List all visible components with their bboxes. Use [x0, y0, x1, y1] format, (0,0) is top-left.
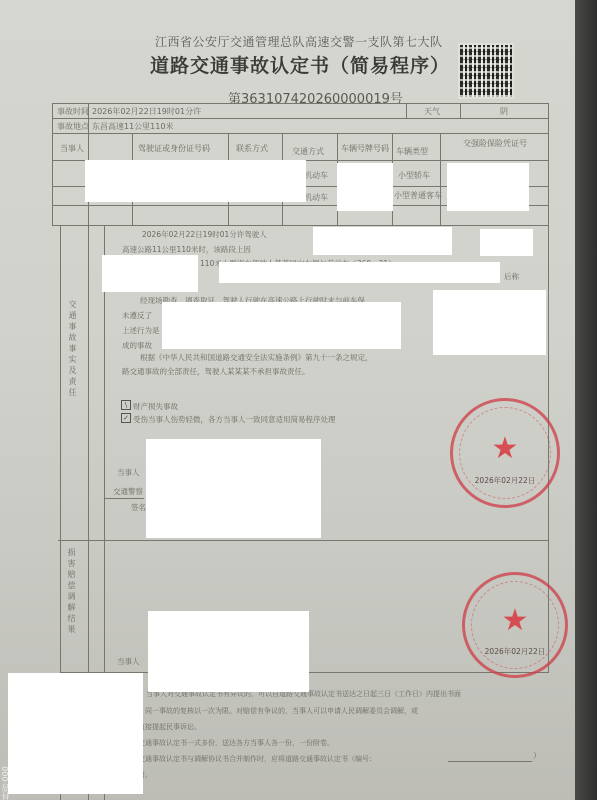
table-rule	[58, 540, 548, 541]
signature-label: 签名	[131, 502, 146, 513]
footer-line-3: 直接提起民事诉讼。	[138, 722, 201, 732]
facts-para3-line2: 路交通事故的全部责任，驾驶人某某某不承担事故责任。	[122, 366, 310, 377]
transport-value-1: 机动车	[304, 170, 328, 181]
redaction	[102, 255, 198, 292]
vehicle-type-2: 小型普通客车	[394, 190, 442, 201]
accident-location-label: 事故地点	[57, 121, 89, 132]
redaction	[8, 673, 143, 794]
table-rule	[52, 133, 548, 134]
facts-para2-line2: 未遵反了	[122, 310, 152, 321]
issuing-organization: 江西省公安厅交通管理总队高速交警一支队第七大队	[155, 33, 443, 50]
facts-para1-end: 后称	[504, 271, 519, 282]
footer-line-4: 交通事故认定书一式多份，送达各方当事人各一份，一份附卷。	[138, 738, 334, 748]
table-rule	[52, 103, 548, 104]
redaction	[337, 163, 393, 211]
header-insurance: 交强险保险凭证号	[452, 138, 538, 149]
facts-para1-start: 2026年02月22日19时01分许驾驶人	[142, 229, 267, 240]
qr-code-icon	[458, 43, 514, 99]
weather-label: 天气	[424, 106, 440, 117]
redaction	[313, 227, 452, 255]
star-icon: ★	[492, 434, 519, 464]
mediation-side-label: 损害赔偿调解结果	[66, 548, 77, 636]
footer-line-5: 交通事故认定书与调解协议书合并制作时，应将道路交通事故认定书（编号：	[138, 754, 376, 764]
redaction	[219, 262, 500, 283]
redaction	[85, 160, 306, 202]
footer-line-5-end: ）	[533, 750, 541, 761]
table-rule	[440, 133, 441, 225]
table-rule	[406, 103, 407, 118]
document-title: 道路交通事故认定书（简易程序）	[150, 51, 450, 78]
accident-report-paper: 江西省公安厅交通管理总队高速交警一支队第七大队 道路交通事故认定书（简易程序） …	[0, 0, 575, 800]
redaction	[447, 163, 529, 211]
simple-procedure-label: 受伤当事人伤势轻微，各方当事人一致同意适用简易程序处理	[133, 414, 336, 425]
document-number: 第363107420260000019号	[228, 88, 403, 107]
facts-para3-line1: 根据《中华人民共和国道路交通安全法实施条例》第九十一条之规定，	[140, 352, 373, 363]
vehicle-type-1: 小型轿车	[398, 170, 430, 181]
redaction	[148, 611, 309, 692]
facts-side-label: 交通事故事实及责任	[67, 300, 78, 399]
table-rule	[52, 103, 53, 225]
background-edge	[575, 0, 597, 800]
signature-rule	[104, 498, 144, 499]
header-transport: 交通方式	[292, 146, 324, 157]
mediation-party-label: 当事人	[117, 656, 140, 667]
header-license: 驾驶证或身份证号码	[138, 143, 210, 154]
officer-signature-label: 交通警察	[113, 486, 143, 497]
accident-time-label: 事故时间	[57, 106, 89, 117]
official-seal-top: ★ 2026年02月22日	[450, 398, 560, 508]
header-vehicle-type: 车辆类型	[396, 146, 428, 157]
transport-value-2: 机动车	[304, 192, 328, 203]
star-icon: ★	[502, 606, 529, 636]
official-seal-bottom: ★ 2026年02月22日	[462, 572, 568, 678]
property-loss-label: 财产损失事故	[133, 401, 178, 412]
table-rule	[460, 103, 461, 118]
accident-time-value: 2026年02月22日19时01分许	[92, 106, 201, 117]
facts-para2-line4: 成的事故	[122, 340, 152, 351]
header-party: 当事人	[60, 143, 84, 154]
simple-procedure-checkbox[interactable]: ✓	[121, 413, 131, 423]
seal-date-bottom: 2026年02月22日	[465, 646, 565, 657]
accident-location-value: 东昌高速11公里110米	[92, 121, 173, 132]
table-rule	[52, 225, 548, 226]
redaction	[162, 302, 401, 349]
header-plate: 车辆号牌号码	[341, 143, 389, 154]
party-signature-label: 当事人	[117, 467, 140, 478]
header-contact: 联系方式	[236, 143, 268, 154]
redaction	[146, 439, 321, 538]
facts-para2-line3: 上述行为是	[122, 325, 160, 336]
seal-date-top: 2026年02月22日	[453, 475, 557, 486]
facts-para1-line2: 高速公路11公里110米时，该路段上因	[122, 244, 251, 255]
weather-value: 阴	[500, 106, 508, 117]
number-blank-rule	[448, 761, 532, 762]
footer-line-2: ，同一事故的复核以一次为限。对赔偿有争议的，当事人可以申请人民调解委员会调解，或	[138, 706, 418, 716]
redaction	[433, 290, 546, 355]
redaction	[480, 229, 533, 256]
watermark: 抖音·000	[0, 690, 9, 800]
table-rule	[52, 118, 548, 119]
property-loss-checkbox[interactable]: \	[121, 400, 131, 410]
